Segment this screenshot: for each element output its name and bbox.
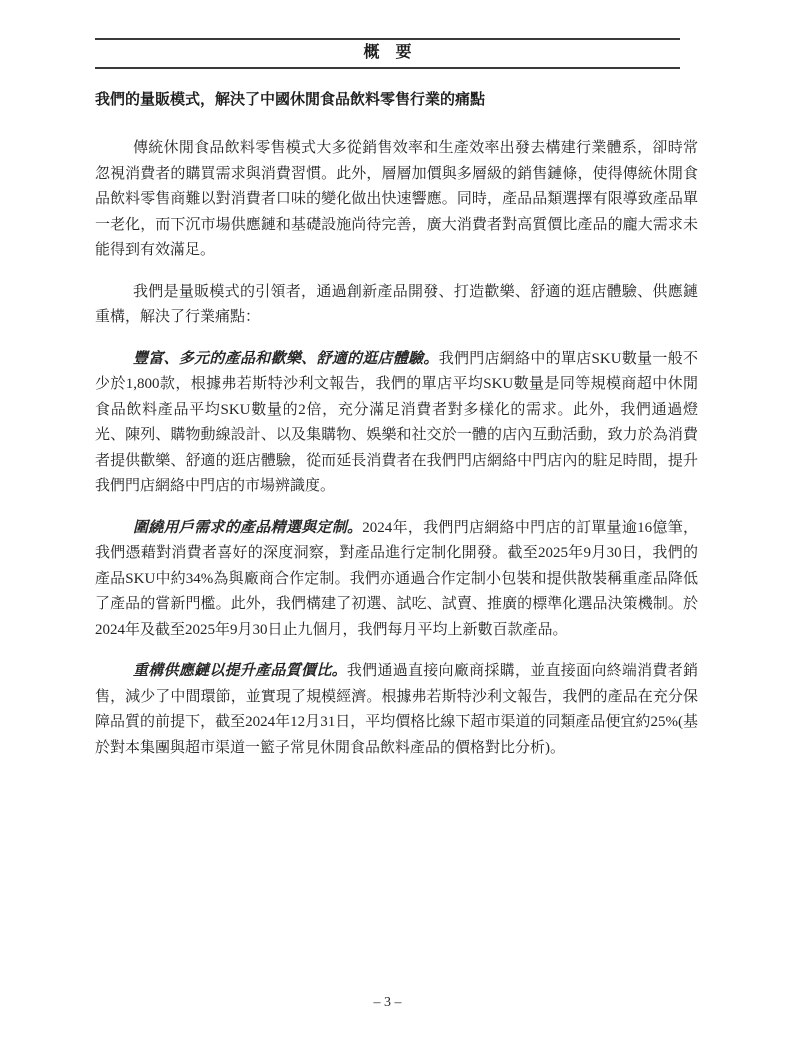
paragraph-2: 我們是量販模式的引領者，通過創新產品開發、打造歡樂、舒適的逛店體驗、供應鏈重構，… <box>95 280 698 331</box>
paragraph-5: 重構供應鏈以提升產品質價比。我們通過直接向廠商採購，並直接面向終端消費者銷售，減… <box>95 659 698 761</box>
document-page: 概 要 我們的量販模式，解決了中國休閒食品飲料零售行業的痛點 傳統休閒食品飲料零… <box>0 0 794 1058</box>
section-heading: 我們的量販模式，解決了中國休閒食品飲料零售行業的痛點 <box>95 90 698 110</box>
header-rule-top <box>95 38 680 40</box>
paragraph-1: 傳統休閒食品飲料零售模式大多從銷售效率和生產效率出發去構建行業體系，卻時常忽視消… <box>95 136 698 264</box>
header-rule-bottom <box>95 67 680 69</box>
paragraph-3: 豐富、多元的產品和歡樂、舒適的逛店體驗。我們門店網絡中的單店SKU數量一般不少於… <box>95 347 698 500</box>
paragraph-4: 圍繞用戶需求的產品精選與定制。2024年，我們門店網絡中門店的訂單量逾16億筆，… <box>95 516 698 644</box>
paragraph-1-text: 傳統休閒食品飲料零售模式大多從銷售效率和生產效率出發去構建行業體系，卻時常忽視消… <box>95 140 698 258</box>
body-copy: 傳統休閒食品飲料零售模式大多從銷售效率和生產效率出發去構建行業體系，卻時常忽視消… <box>95 136 698 761</box>
paragraph-3-lead: 豐富、多元的產品和歡樂、舒適的逛店體驗。 <box>133 351 439 367</box>
paragraph-4-text: 2024年，我們門店網絡中門店的訂單量逾16億筆，我們憑藉對消費者喜好的深度洞察… <box>95 520 698 638</box>
paragraph-4-lead: 圍繞用戶需求的產品精選與定制。 <box>133 520 362 536</box>
page-header-title: 概 要 <box>95 43 680 63</box>
footer-page-number: – 3 – <box>95 995 680 1011</box>
paragraph-5-lead: 重構供應鏈以提升產品質價比。 <box>133 663 347 679</box>
paragraph-2-text: 我們是量販模式的引領者，通過創新產品開發、打造歡樂、舒適的逛店體驗、供應鏈重構，… <box>95 284 698 326</box>
paragraph-3-text: 我們門店網絡中的單店SKU數量一般不少於1,800款，根據弗若斯特沙利文報告，我… <box>95 351 698 495</box>
